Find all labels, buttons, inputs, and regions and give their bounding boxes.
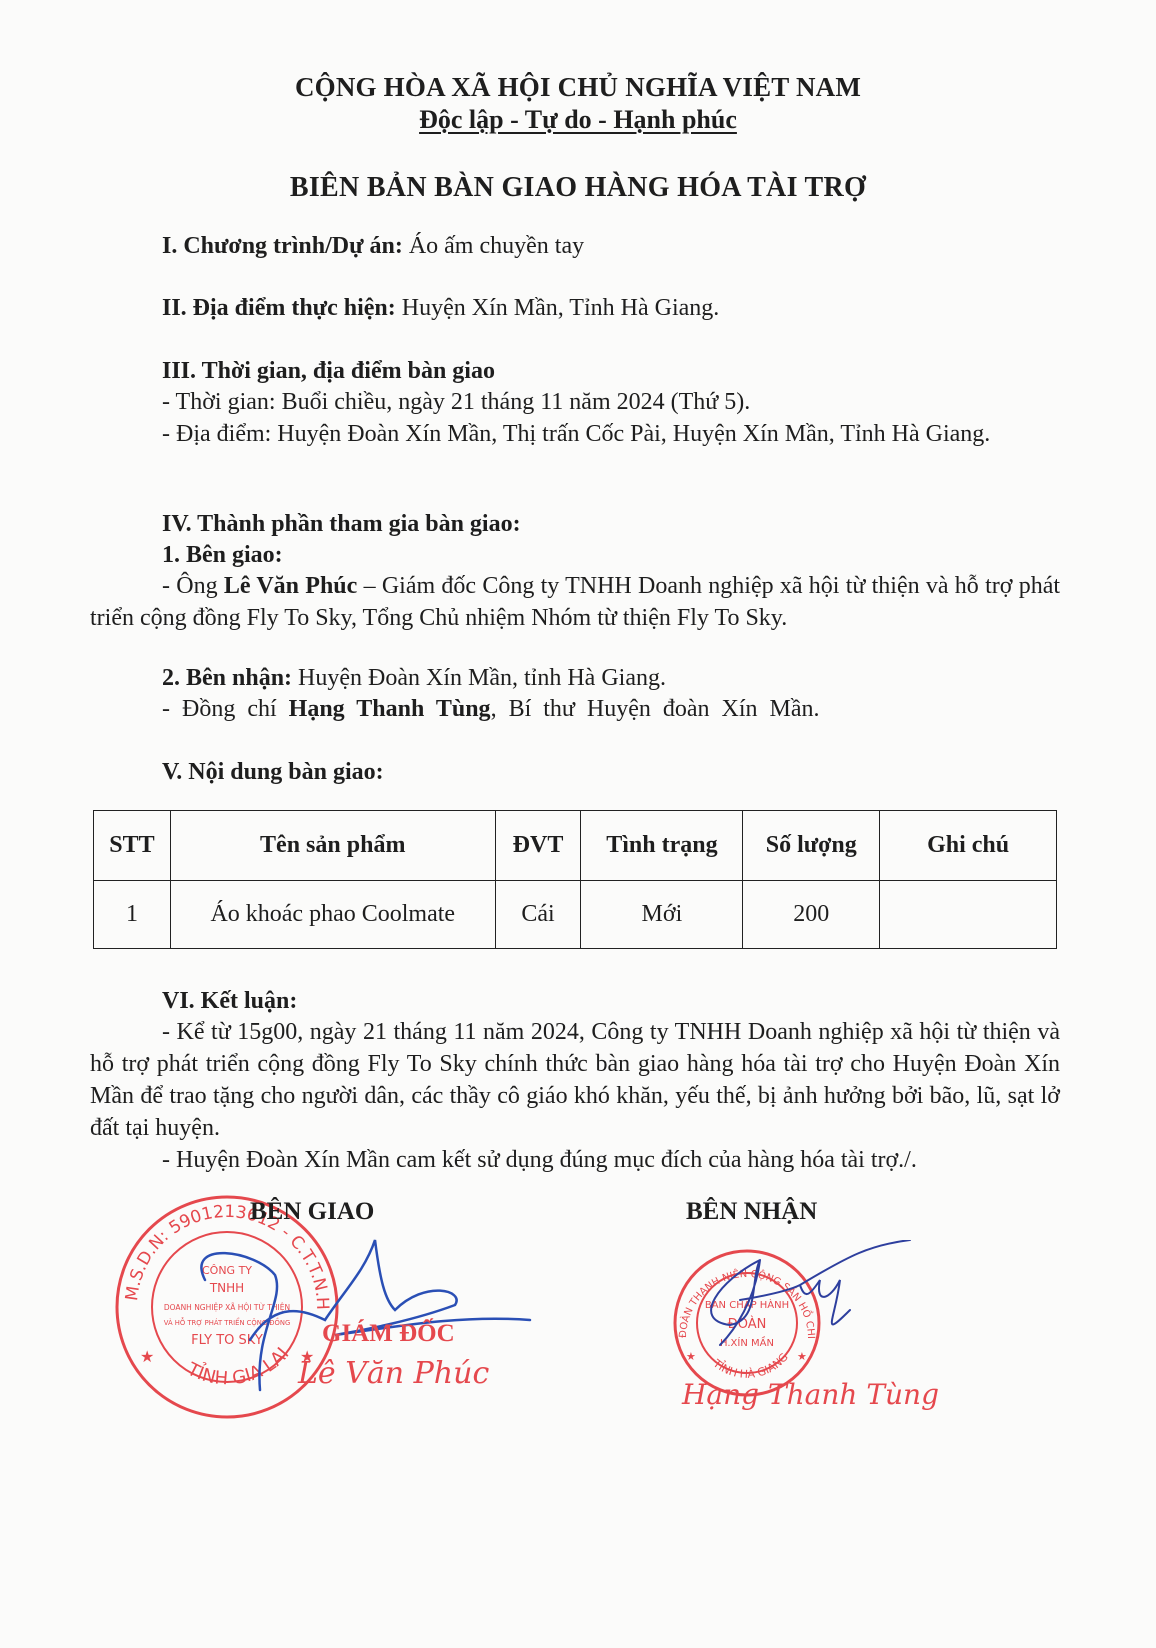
program-label: I. Chương trình/Dự án:: [162, 233, 403, 259]
receiver-signature-icon: [690, 1240, 920, 1360]
giver-description: - Ông Lê Văn Phúc – Giám đốc Công ty TNH…: [90, 570, 1060, 634]
col-note: Ghi chú: [880, 811, 1057, 881]
col-stt: STT: [94, 811, 171, 881]
col-product: Tên sản phẩm: [170, 811, 495, 881]
handover-place: - Địa điểm: Huyện Đoàn Xín Mần, Thị trấn…: [90, 418, 1060, 450]
receiver-representative: - Đồng chí Hạng Thanh Tùng, Bí thư Huyện…: [162, 693, 820, 725]
receiver-signed-name: Hạng Thanh Tùng: [682, 1378, 939, 1411]
national-header: CỘNG HÒA XÃ HỘI CHỦ NGHĨA VIỆT NAM: [0, 72, 1156, 103]
location-value: Huyện Xín Mần, Tỉnh Hà Giang.: [396, 295, 720, 321]
cell-product: Áo khoác phao Coolmate: [170, 881, 495, 949]
col-quantity: Số lượng: [743, 811, 880, 881]
national-motto: Độc lập - Tự do - Hạnh phúc: [0, 105, 1156, 135]
col-unit: ĐVT: [495, 811, 581, 881]
cell-quantity: 200: [743, 881, 880, 949]
cell-note: [880, 881, 1057, 949]
goods-table: STT Tên sản phẩm ĐVT Tình trạng Số lượng…: [93, 810, 1057, 949]
location-label: II. Địa điểm thực hiện:: [162, 295, 396, 321]
conclusion-paragraph: - Kể từ 15g00, ngày 21 tháng 11 năm 2024…: [90, 1016, 1060, 1176]
table-row: 1 Áo khoác phao Coolmate Cái Mới 200: [94, 881, 1057, 949]
receiver-label: 2. Bên nhận:: [162, 665, 292, 691]
col-condition: Tình trạng: [581, 811, 743, 881]
giver-signed-name: Lê Văn Phúc: [298, 1356, 489, 1391]
cell-unit: Cái: [495, 881, 581, 949]
cell-stt: 1: [94, 881, 171, 949]
handover-time: - Thời gian: Buổi chiều, ngày 21 tháng 1…: [162, 386, 750, 418]
svg-text:★: ★: [140, 1349, 154, 1366]
receiver-heading: BÊN NHẬN: [686, 1198, 817, 1226]
section-time-place-heading: III. Thời gian, địa điểm bàn giao: [162, 355, 495, 387]
section-participants-heading: IV. Thành phần tham gia bàn giao:: [162, 508, 521, 540]
giver-name: Lê Văn Phúc: [224, 573, 357, 599]
section-program: I. Chương trình/Dự án: Áo ấm chuyền tay: [162, 230, 584, 262]
document-title: BIÊN BẢN BÀN GIAO HÀNG HÓA TÀI TRỢ: [0, 172, 1156, 204]
receiver-line: 2. Bên nhận: Huyện Đoàn Xín Mần, tỉnh Hà…: [162, 662, 666, 694]
table-header-row: STT Tên sản phẩm ĐVT Tình trạng Số lượng…: [94, 811, 1057, 881]
receiver-name: Hạng Thanh Tùng: [289, 696, 491, 722]
giver-position: GIÁM ĐỐC: [322, 1320, 455, 1348]
cell-condition: Mới: [581, 881, 743, 949]
giver-label: 1. Bên giao:: [162, 539, 283, 571]
section-location: II. Địa điểm thực hiện: Huyện Xín Mần, T…: [162, 292, 719, 324]
section-content-heading: V. Nội dung bàn giao:: [162, 756, 384, 788]
section-conclusion-heading: VI. Kết luận:: [162, 985, 297, 1017]
program-value: Áo ấm chuyền tay: [403, 233, 584, 259]
